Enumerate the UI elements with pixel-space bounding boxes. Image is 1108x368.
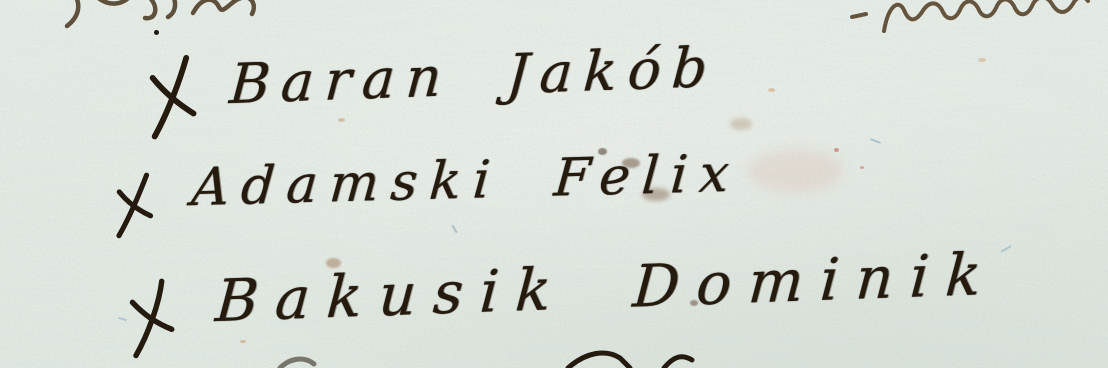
list-entry: Adamski Felix [109, 146, 742, 240]
paper-speck [154, 30, 159, 35]
paper-speck [978, 58, 986, 62]
paper-speck [768, 88, 775, 92]
list-entry: Bakusik Dominik [125, 243, 1000, 359]
handwriting-fragment-top-left [55, 0, 270, 33]
x-mark-icon [125, 278, 178, 360]
entry-name: Bakusik Dominik [214, 245, 1000, 330]
stain [748, 150, 843, 192]
paper-fiber [1000, 245, 1011, 253]
handwriting-fragment-top-right [850, 0, 1095, 35]
ink-smudge [730, 118, 752, 130]
entry-name: Baran Jakób [228, 40, 720, 112]
scanned-document-page: Baran Jakób Adamski Felix Bakusik Domini… [0, 0, 1108, 368]
x-mark-icon [145, 52, 202, 142]
paper-speck [834, 148, 839, 152]
paper-fiber [870, 138, 881, 144]
entry-name: Adamski Felix [190, 148, 743, 214]
x-mark-icon [109, 169, 159, 240]
paper-speck [860, 166, 864, 169]
list-entry: Baran Jakób [145, 34, 720, 142]
